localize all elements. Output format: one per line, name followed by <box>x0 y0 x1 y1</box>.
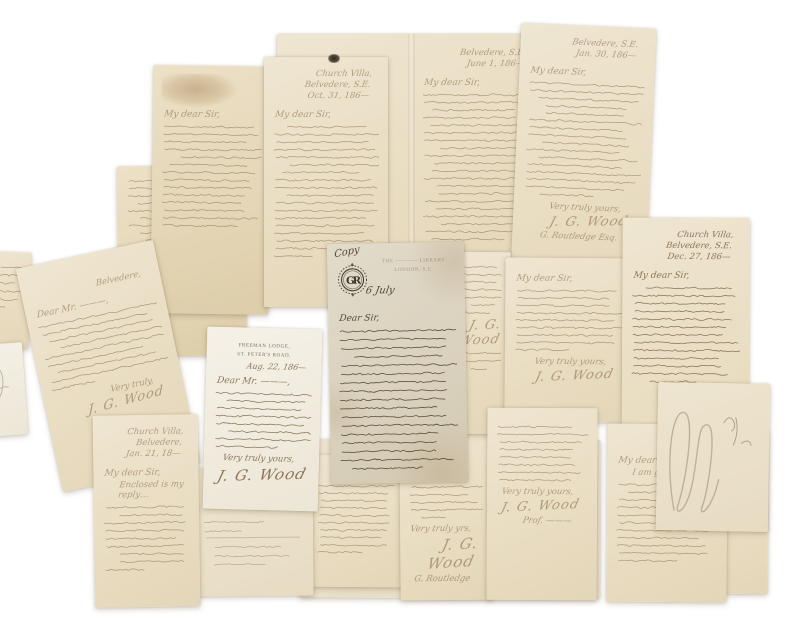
handwriting-lines <box>496 422 588 483</box>
copy-annotation: Copy <box>334 244 359 260</box>
ink-blot <box>328 54 340 63</box>
handwriting-lines <box>103 502 191 574</box>
letter-left-edge-b <box>0 342 28 438</box>
handwriting-lines <box>461 262 501 316</box>
flourish-sheet <box>656 382 771 532</box>
signature: J. G. Wood <box>405 534 481 574</box>
closing-line: Very truly yours, <box>521 201 621 215</box>
pencil-lines <box>212 541 299 569</box>
letter-mid-note: My dear Sir, Very truly yours, J. G. Woo… <box>504 257 633 422</box>
closing-line: Very truly yours, <box>495 487 574 497</box>
body-opening: Enclosed is my reply… <box>117 480 191 501</box>
handwriting-lines <box>409 482 483 521</box>
salutation: My dear Sir, <box>516 274 625 285</box>
letter-heading: Church Villa, Belvedere, S.E. Dec. 27, 1… <box>629 230 734 264</box>
signature: J. G. Wood <box>494 497 582 516</box>
closing-line: Very truly yours, <box>212 453 295 465</box>
rule-line <box>206 537 300 539</box>
handwriting-lines <box>213 388 312 452</box>
signature: J. G. Wood <box>511 367 615 386</box>
handwriting-lines <box>337 324 459 473</box>
handwriting-lines <box>273 122 379 259</box>
date-line: Aug. 22, 186— <box>214 361 307 372</box>
letter-heading: Belvedere, S.E. Jan. 30, 186— <box>527 36 639 63</box>
salutation: My dear Sir, <box>163 109 263 120</box>
handwriting-lines <box>514 286 625 354</box>
closing-line: Very truly yours, <box>513 357 607 368</box>
letters-photograph: J. G. Wood G. Routledge Belvedere, S.E. … <box>0 0 800 633</box>
salutation: My dear Sir, <box>274 110 379 120</box>
handwriting-lines <box>317 481 398 556</box>
salutation: My dear Sir, <box>104 468 190 479</box>
letter-top-left-stained: My dear Sir, <box>150 65 271 315</box>
printed-letterhead: The ———— Library London, S.E. <box>371 256 456 275</box>
addressee-line: Prof. ——— <box>495 516 573 526</box>
letter-body: Dear Sir, <box>337 306 459 476</box>
pencil-flourish <box>0 352 23 414</box>
pencil-lines <box>202 516 274 535</box>
printed-letterhead: Freeman Lodge, St. Peter's Road. <box>216 341 313 362</box>
salutation: My dear Sir, <box>633 271 741 282</box>
letter-heading: Church Villa, Belvedere, Jan. 21, 18— <box>100 426 184 460</box>
letter-bottom-left: Church Villa, Belvedere, Jan. 21, 18— My… <box>93 414 201 607</box>
large-signature-flourish <box>656 382 771 532</box>
letter-central-copy: Copy GR The ———— Library London, S.E. 6 … <box>327 242 468 484</box>
addressee-line: G. Routledge Esq. <box>520 230 618 244</box>
letter-bottom-b3: Very truly yours, J. G. Wood Prof. ——— <box>486 408 597 601</box>
addressee-line: G. Routledge <box>409 574 472 585</box>
closing-line: Very truly yrs, <box>408 524 472 535</box>
letter-freeman-lodge: Freeman Lodge, St. Peter's Road. Aug. 22… <box>203 327 323 512</box>
signature: J. G. Wood <box>519 214 630 230</box>
handwriting-lines <box>160 121 261 229</box>
ink-stain <box>161 73 237 108</box>
date-line: 6 July <box>365 285 396 297</box>
handwriting-lines <box>461 348 501 372</box>
handwriting-lines <box>523 78 645 202</box>
salutation: Dear Mr. ———, <box>216 376 313 388</box>
salutation: Dear Sir, <box>339 312 457 324</box>
handwriting-lines <box>631 283 741 386</box>
signature: J. G. Wood <box>210 465 309 485</box>
letter-heading: Belvedere, S.E. June 1, 186— <box>420 48 526 70</box>
letter-heading: Church Villa, Belvedere, S.E. Oct. 31, 1… <box>271 69 373 102</box>
